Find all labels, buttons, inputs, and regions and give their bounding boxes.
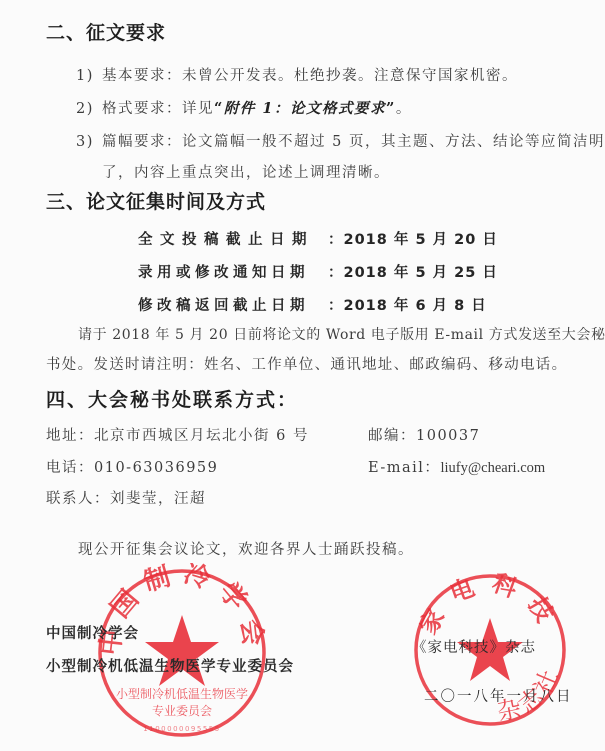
- item-text: 基本要求：未曾公开发表。杜绝抄袭。注意保守国家机密。: [102, 68, 518, 84]
- section-heading-requirements: 二、征文要求: [46, 18, 166, 45]
- date-row-notification: 录用或修改通知日期：2018 年 5 月 25 日: [138, 261, 498, 282]
- date-value: ：2018 年 5 月 25 日: [328, 265, 498, 281]
- requirement-item-1: 1)基本要求：未曾公开发表。杜绝抄袭。注意保守国家机密。: [76, 64, 518, 85]
- requirement-item-3: 3)篇幅要求：论文篇幅一般不超过 5 页，其主题、方法、结论等应简洁明: [76, 130, 605, 151]
- item-number: 2): [76, 101, 102, 117]
- contact-phone: 电话：010-63036959: [46, 456, 218, 477]
- signature-right-org: 《家电科技》杂志: [412, 636, 536, 657]
- instruction-line-1: 请于 2018 年 5 月 20 日前将论文的 Word 电子版用 E-mail…: [78, 324, 605, 344]
- date-value: ：2018 年 5 月 20 日: [328, 232, 498, 248]
- attachment-reference: 附件 1：论文格式要求: [224, 100, 386, 117]
- contact-persons: 联系人：刘斐莹，汪超: [46, 487, 206, 508]
- date-label: 录用或修改通知日期: [138, 261, 328, 282]
- contact-email-row: E-mail：liufy@cheari.com: [368, 456, 545, 477]
- signature-left-org-2: 小型制冷机低温生物医学专业委员会: [46, 655, 294, 676]
- item-number: 1): [76, 68, 102, 84]
- email-label: E-mail：: [368, 460, 440, 476]
- date-row-revision-deadline: 修改稿返回截止日期：2018 年 6 月 8 日: [138, 294, 487, 315]
- requirement-item-3-continuation: 了，内容上重点突出，论述上调理清晰。: [102, 161, 390, 182]
- item-text: 篇幅要求：论文篇幅一般不超过 5 页，其主题、方法、结论等应简洁明: [102, 134, 605, 150]
- section-heading-schedule: 三、论文征集时间及方式: [46, 187, 266, 214]
- email-address[interactable]: liufy@cheari.com: [440, 460, 545, 476]
- date-row-submission-deadline: 全文投稿截止日期：2018 年 5 月 20 日: [138, 228, 498, 249]
- date-label: 全文投稿截止日期: [138, 228, 328, 249]
- left-official-seal: 中国制冷学会 小型制冷机低温生物医学 专业委员会 1100000095555: [92, 563, 272, 743]
- contact-address: 地址：北京市西城区月坛北小街 6 号: [46, 424, 309, 445]
- seal-serial: 1100000095555: [143, 725, 220, 733]
- seal-inner-line-1: 小型制冷机低温生物医学: [116, 686, 248, 701]
- closing-statement: 现公开征集会议论文，欢迎各界人士踊跃投稿。: [78, 538, 414, 559]
- requirement-item-2: 2)格式要求：详见“附件 1：论文格式要求”。: [76, 97, 412, 118]
- section-heading-contact: 四、大会秘书处联系方式：: [46, 385, 298, 412]
- date-value: ：2018 年 6 月 8 日: [328, 298, 487, 314]
- item-number: 3): [76, 134, 102, 150]
- close-quote: ”: [386, 100, 396, 117]
- contact-postcode: 邮编：100037: [368, 424, 480, 445]
- item-text-prefix: 格式要求：详见: [102, 101, 214, 117]
- instruction-line-2: 书处。发送时请注明：姓名、工作单位、通讯地址、邮政编码、移动电话。: [46, 353, 567, 374]
- item-text-suffix: 。: [396, 101, 412, 117]
- signature-date: 二〇一八年一月八日: [424, 685, 573, 706]
- signature-left-org-1: 中国制冷学会: [46, 622, 139, 643]
- seal-inner-line-2: 专业委员会: [152, 703, 212, 718]
- date-label: 修改稿返回截止日期: [138, 294, 328, 315]
- open-quote: “: [214, 100, 224, 117]
